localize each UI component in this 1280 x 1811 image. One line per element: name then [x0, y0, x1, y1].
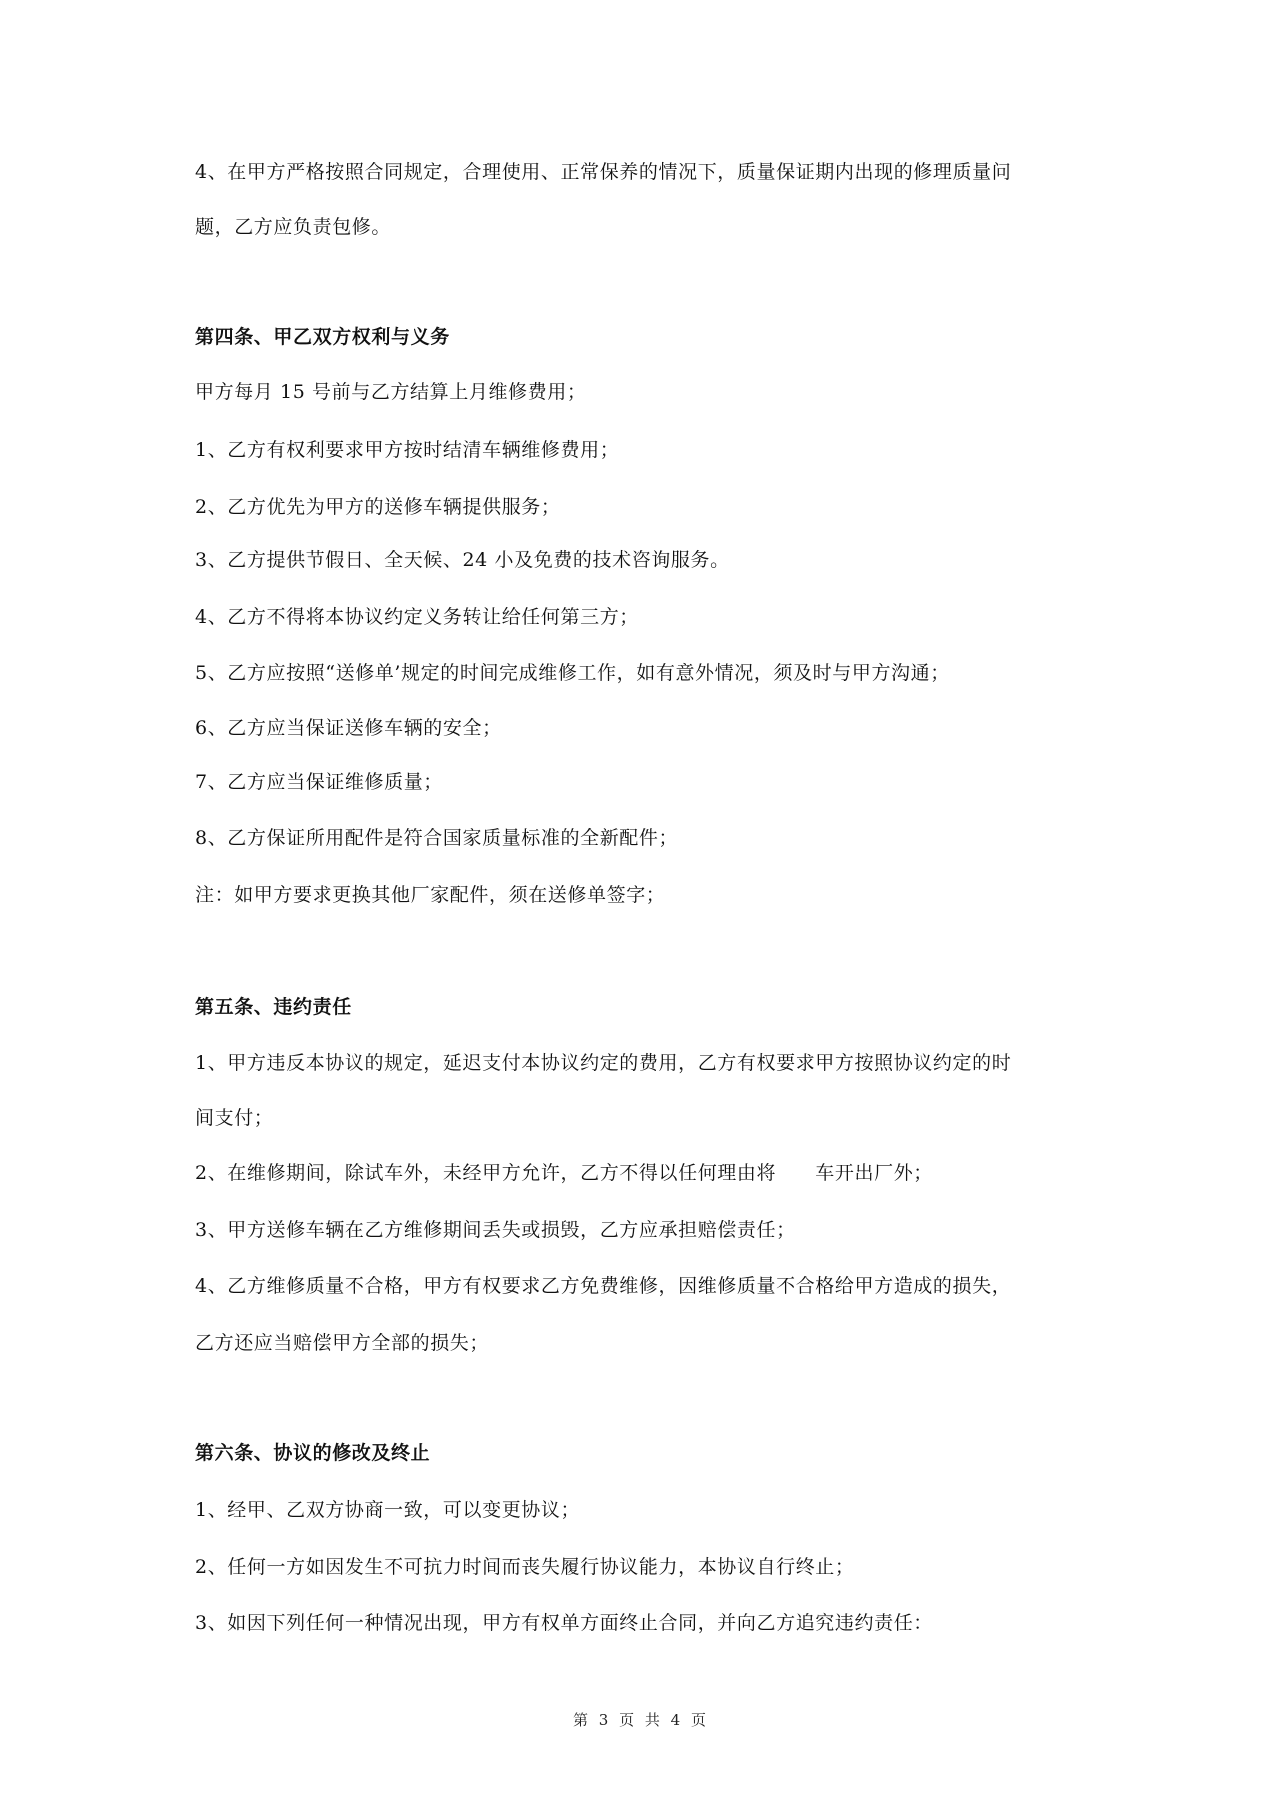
clause-4-item-1: 1、乙方有权利要求甲方按时结清车辆维修费用；	[195, 438, 1095, 462]
clause-4-item-8: 8、乙方保证所用配件是符合国家质量标准的全新配件；	[195, 826, 1095, 850]
clause-5-item-2: 2、在维修期间，除试车外，未经甲方允许，乙方不得以任何理由将 车开出厂外；	[195, 1161, 1095, 1185]
clause-4-heading: 第四条、甲乙双方权利与义务	[195, 325, 1095, 349]
clause-4-item-4: 4、乙方不得将本协议约定义务转让给任何第三方；	[195, 605, 1095, 629]
document-page: 4、在甲方严格按照合同规定，合理使用、正常保养的情况下，质量保证期内出现的修理质…	[0, 0, 1280, 1811]
clause-6-item-1: 1、经甲、乙双方协商一致，可以变更协议；	[195, 1498, 1095, 1522]
clause-5-item-4-line-2: 乙方还应当赔偿甲方全部的损失；	[195, 1331, 1095, 1355]
clause-3-item-4-line-1: 4、在甲方严格按照合同规定，合理使用、正常保养的情况下，质量保证期内出现的修理质…	[195, 160, 1095, 184]
clause-5-item-4-line-1: 4、乙方维修质量不合格，甲方有权要求乙方免费维修，因维修质量不合格给甲方造成的损…	[195, 1274, 1095, 1298]
clause-4-item-7: 7、乙方应当保证维修质量；	[195, 770, 1095, 794]
clause-5-heading: 第五条、违约责任	[195, 995, 1095, 1019]
page-number-footer: 第 3 页 共 4 页	[0, 1710, 1280, 1730]
clause-5-item-1-line-2: 间支付；	[195, 1106, 1095, 1130]
clause-4-item-2: 2、乙方优先为甲方的送修车辆提供服务；	[195, 495, 1095, 519]
clause-6-item-2: 2、任何一方如因发生不可抗力时间而丧失履行协议能力，本协议自行终止；	[195, 1555, 1095, 1579]
clause-4-intro: 甲方每月 15 号前与乙方结算上月维修费用；	[195, 380, 1095, 404]
clause-4-item-6: 6、乙方应当保证送修车辆的安全；	[195, 716, 1095, 740]
clause-4-item-3: 3、乙方提供节假日、全天候、24 小及免费的技术咨询服务。	[195, 548, 1095, 572]
clause-4-item-5: 5、乙方应按照“送修单’规定的时间完成维修工作，如有意外情况，须及时与甲方沟通；	[195, 661, 1095, 685]
clause-5-item-3: 3、甲方送修车辆在乙方维修期间丢失或损毁，乙方应承担赔偿责任；	[195, 1218, 1095, 1242]
clause-3-item-4-line-2: 题，乙方应负责包修。	[195, 215, 1095, 239]
clause-6-item-3: 3、如因下列任何一种情况出现，甲方有权单方面终止合同，并向乙方追究违约责任：	[195, 1611, 1095, 1635]
clause-4-note: 注：如甲方要求更换其他厂家配件，须在送修单签字；	[195, 883, 1095, 907]
clause-5-item-1-line-1: 1、甲方违反本协议的规定，延迟支付本协议约定的费用，乙方有权要求甲方按照协议约定…	[195, 1051, 1095, 1075]
clause-6-heading: 第六条、协议的修改及终止	[195, 1441, 1095, 1465]
